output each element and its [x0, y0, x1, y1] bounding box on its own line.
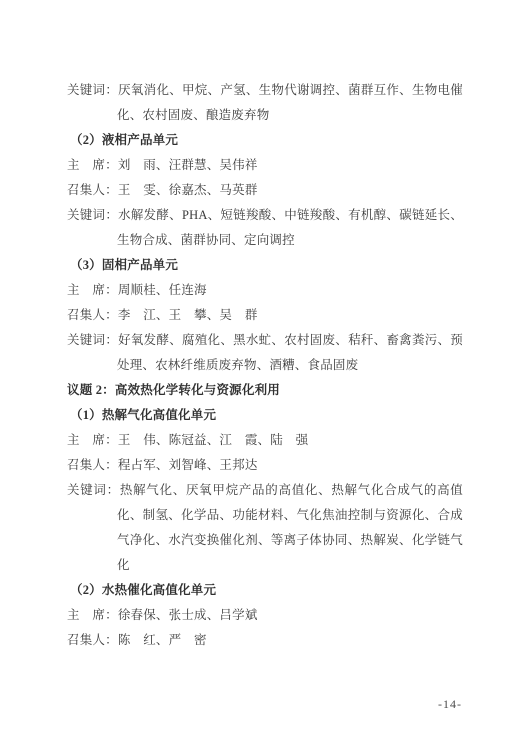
document-body: 关键词：厌氧消化、甲烷、产氢、生物代谢调控、菌群互作、生物电催化、农村固废、酿造… — [67, 78, 463, 653]
unit-heading: （1）热解气化高值化单元 — [67, 403, 463, 428]
field-text: 水解发酵、PHA、短链羧酸、中链羧酸、有机醇、碳链延长、生物合成、菌群协同、定向… — [117, 208, 463, 247]
field-text: 徐春保、张士成、吕学斌 — [118, 608, 258, 622]
field-label: 关键词： — [67, 83, 118, 97]
field-label: 召集人： — [67, 633, 118, 647]
field-text: 李 江、王 攀、吴 群 — [118, 308, 258, 322]
field-text: 周顺桂、任连海 — [118, 283, 207, 297]
field-line: 主 席：王 伟、陈冠益、江 霞、陆 强 — [67, 428, 463, 453]
unit-heading: （2）液相产品单元 — [67, 128, 463, 153]
field-label: 关键词： — [67, 333, 118, 347]
field-text: 厌氧消化、甲烷、产氢、生物代谢调控、菌群互作、生物电催化、农村固废、酿造废弃物 — [117, 83, 463, 122]
field-line: 关键词：厌氧消化、甲烷、产氢、生物代谢调控、菌群互作、生物电催化、农村固废、酿造… — [67, 78, 463, 128]
field-label: 召集人： — [67, 308, 118, 322]
field-label: 主 席： — [67, 433, 118, 447]
field-line: 召集人：王 雯、徐嘉杰、马英群 — [67, 178, 463, 203]
field-text: 陈 红、严 密 — [118, 633, 207, 647]
field-line: 召集人：陈 红、严 密 — [67, 628, 463, 653]
field-line: 主 席：刘 雨、汪群慧、吴伟祥 — [67, 153, 463, 178]
field-label: 关键词： — [67, 483, 120, 497]
document-page: 关键词：厌氧消化、甲烷、产氢、生物代谢调控、菌群互作、生物电催化、农村固废、酿造… — [0, 0, 519, 735]
field-text: 热解气化、厌氧甲烷产品的高值化、热解气化合成气的高值化、制氢、化学品、功能材料、… — [117, 483, 463, 572]
field-label: 召集人： — [67, 183, 118, 197]
field-label: 主 席： — [67, 608, 118, 622]
page-number: -14- — [438, 697, 462, 712]
field-label: 主 席： — [67, 158, 118, 172]
unit-heading: （3）固相产品单元 — [67, 253, 463, 278]
unit-heading: （2）水热催化高值化单元 — [67, 578, 463, 603]
topic-heading: 议题 2：高效热化学转化与资源化利用 — [67, 378, 463, 403]
field-line: 召集人：李 江、王 攀、吴 群 — [67, 303, 463, 328]
field-line: 主 席：周顺桂、任连海 — [67, 278, 463, 303]
field-text: 好氧发酵、腐殖化、黑水虻、农村固废、秸秆、畜禽粪污、预处理、农林纤维质废弃物、酒… — [117, 333, 463, 372]
field-line: 主 席：徐春保、张士成、吕学斌 — [67, 603, 463, 628]
field-label: 主 席： — [67, 283, 118, 297]
field-line: 关键词：好氧发酵、腐殖化、黑水虻、农村固废、秸秆、畜禽粪污、预处理、农林纤维质废… — [67, 328, 463, 378]
field-text: 程占军、刘智峰、王邦达 — [118, 458, 258, 472]
field-text: 王 雯、徐嘉杰、马英群 — [118, 183, 258, 197]
field-text: 刘 雨、汪群慧、吴伟祥 — [118, 158, 258, 172]
field-label: 召集人： — [67, 458, 118, 472]
field-label: 关键词： — [67, 208, 118, 222]
field-text: 王 伟、陈冠益、江 霞、陆 强 — [118, 433, 309, 447]
field-line: 关键词：水解发酵、PHA、短链羧酸、中链羧酸、有机醇、碳链延长、生物合成、菌群协… — [67, 203, 463, 253]
field-line: 召集人：程占军、刘智峰、王邦达 — [67, 453, 463, 478]
field-line: 关键词：热解气化、厌氧甲烷产品的高值化、热解气化合成气的高值化、制氢、化学品、功… — [67, 478, 463, 578]
